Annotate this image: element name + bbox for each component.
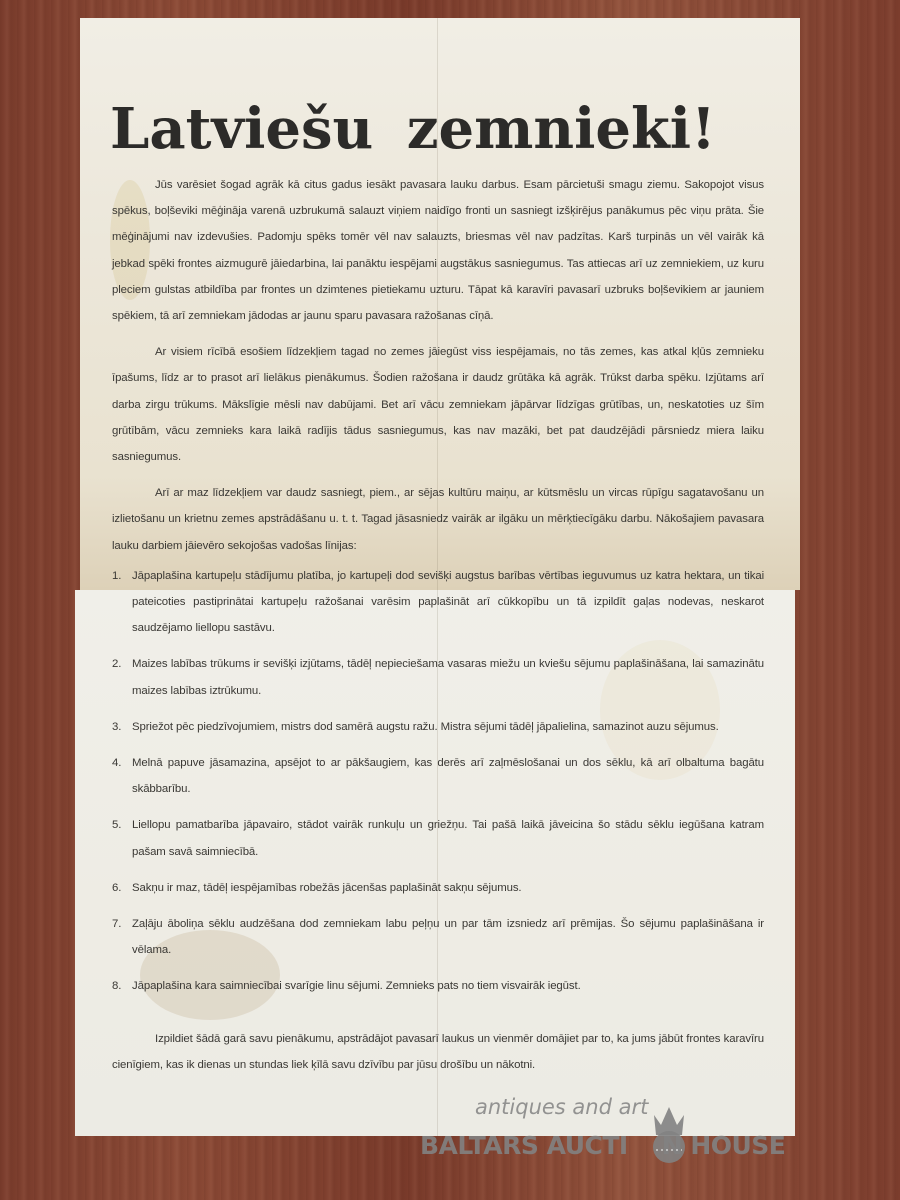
paragraph-2: Ar visiem rīcībā esošiem līdzekļiem taga… (112, 339, 764, 470)
guideline-item: 5.Liellopu pamatbarība jāpavairo, stādot… (112, 812, 764, 864)
guideline-item: 3.Spriežot pēc piedzīvojumiem, mistrs do… (112, 714, 764, 740)
watermark-tagline: antiques and art (475, 1095, 648, 1119)
crown-orb-icon (652, 1105, 686, 1165)
guideline-item: 8.Jāpaplašina kara saimniecībai svarīgie… (112, 973, 764, 999)
leaflet-title: Latviešu zemnieki! (110, 96, 790, 162)
paragraph-1: Jūs varēsiet šogad agrāk kā citus gadus … (112, 172, 764, 329)
auction-house-watermark: antiques and art BALTARS AUCTIN HOUSE (420, 1095, 820, 1170)
paragraph-3: Arī ar maz līdzekļiem var daudz sasniegt… (112, 480, 764, 559)
closing-paragraph: Izpildiet šādā garā savu pienākumu, apst… (112, 1026, 764, 1078)
watermark-name: BALTARS AUCTIN HOUSE (420, 1131, 785, 1160)
guideline-item: 6.Sakņu ir maz, tādēļ iespējamības robež… (112, 875, 764, 901)
guideline-item: 2.Maizes labības trūkums ir sevišķi izjū… (112, 651, 764, 703)
leaflet-body: Jūs varēsiet šogad agrāk kā citus gadus … (112, 172, 764, 1078)
guideline-item: 4.Melnā papuve jāsamazina, apsējot to ar… (112, 750, 764, 802)
guideline-list: 1.Jāpaplašina kartupeļu stādījumu platīb… (112, 563, 764, 1000)
guideline-item: 1.Jāpaplašina kartupeļu stādījumu platīb… (112, 563, 764, 642)
guideline-item: 7.Zaļāju āboliņa sēklu audzēšana dod zem… (112, 911, 764, 963)
